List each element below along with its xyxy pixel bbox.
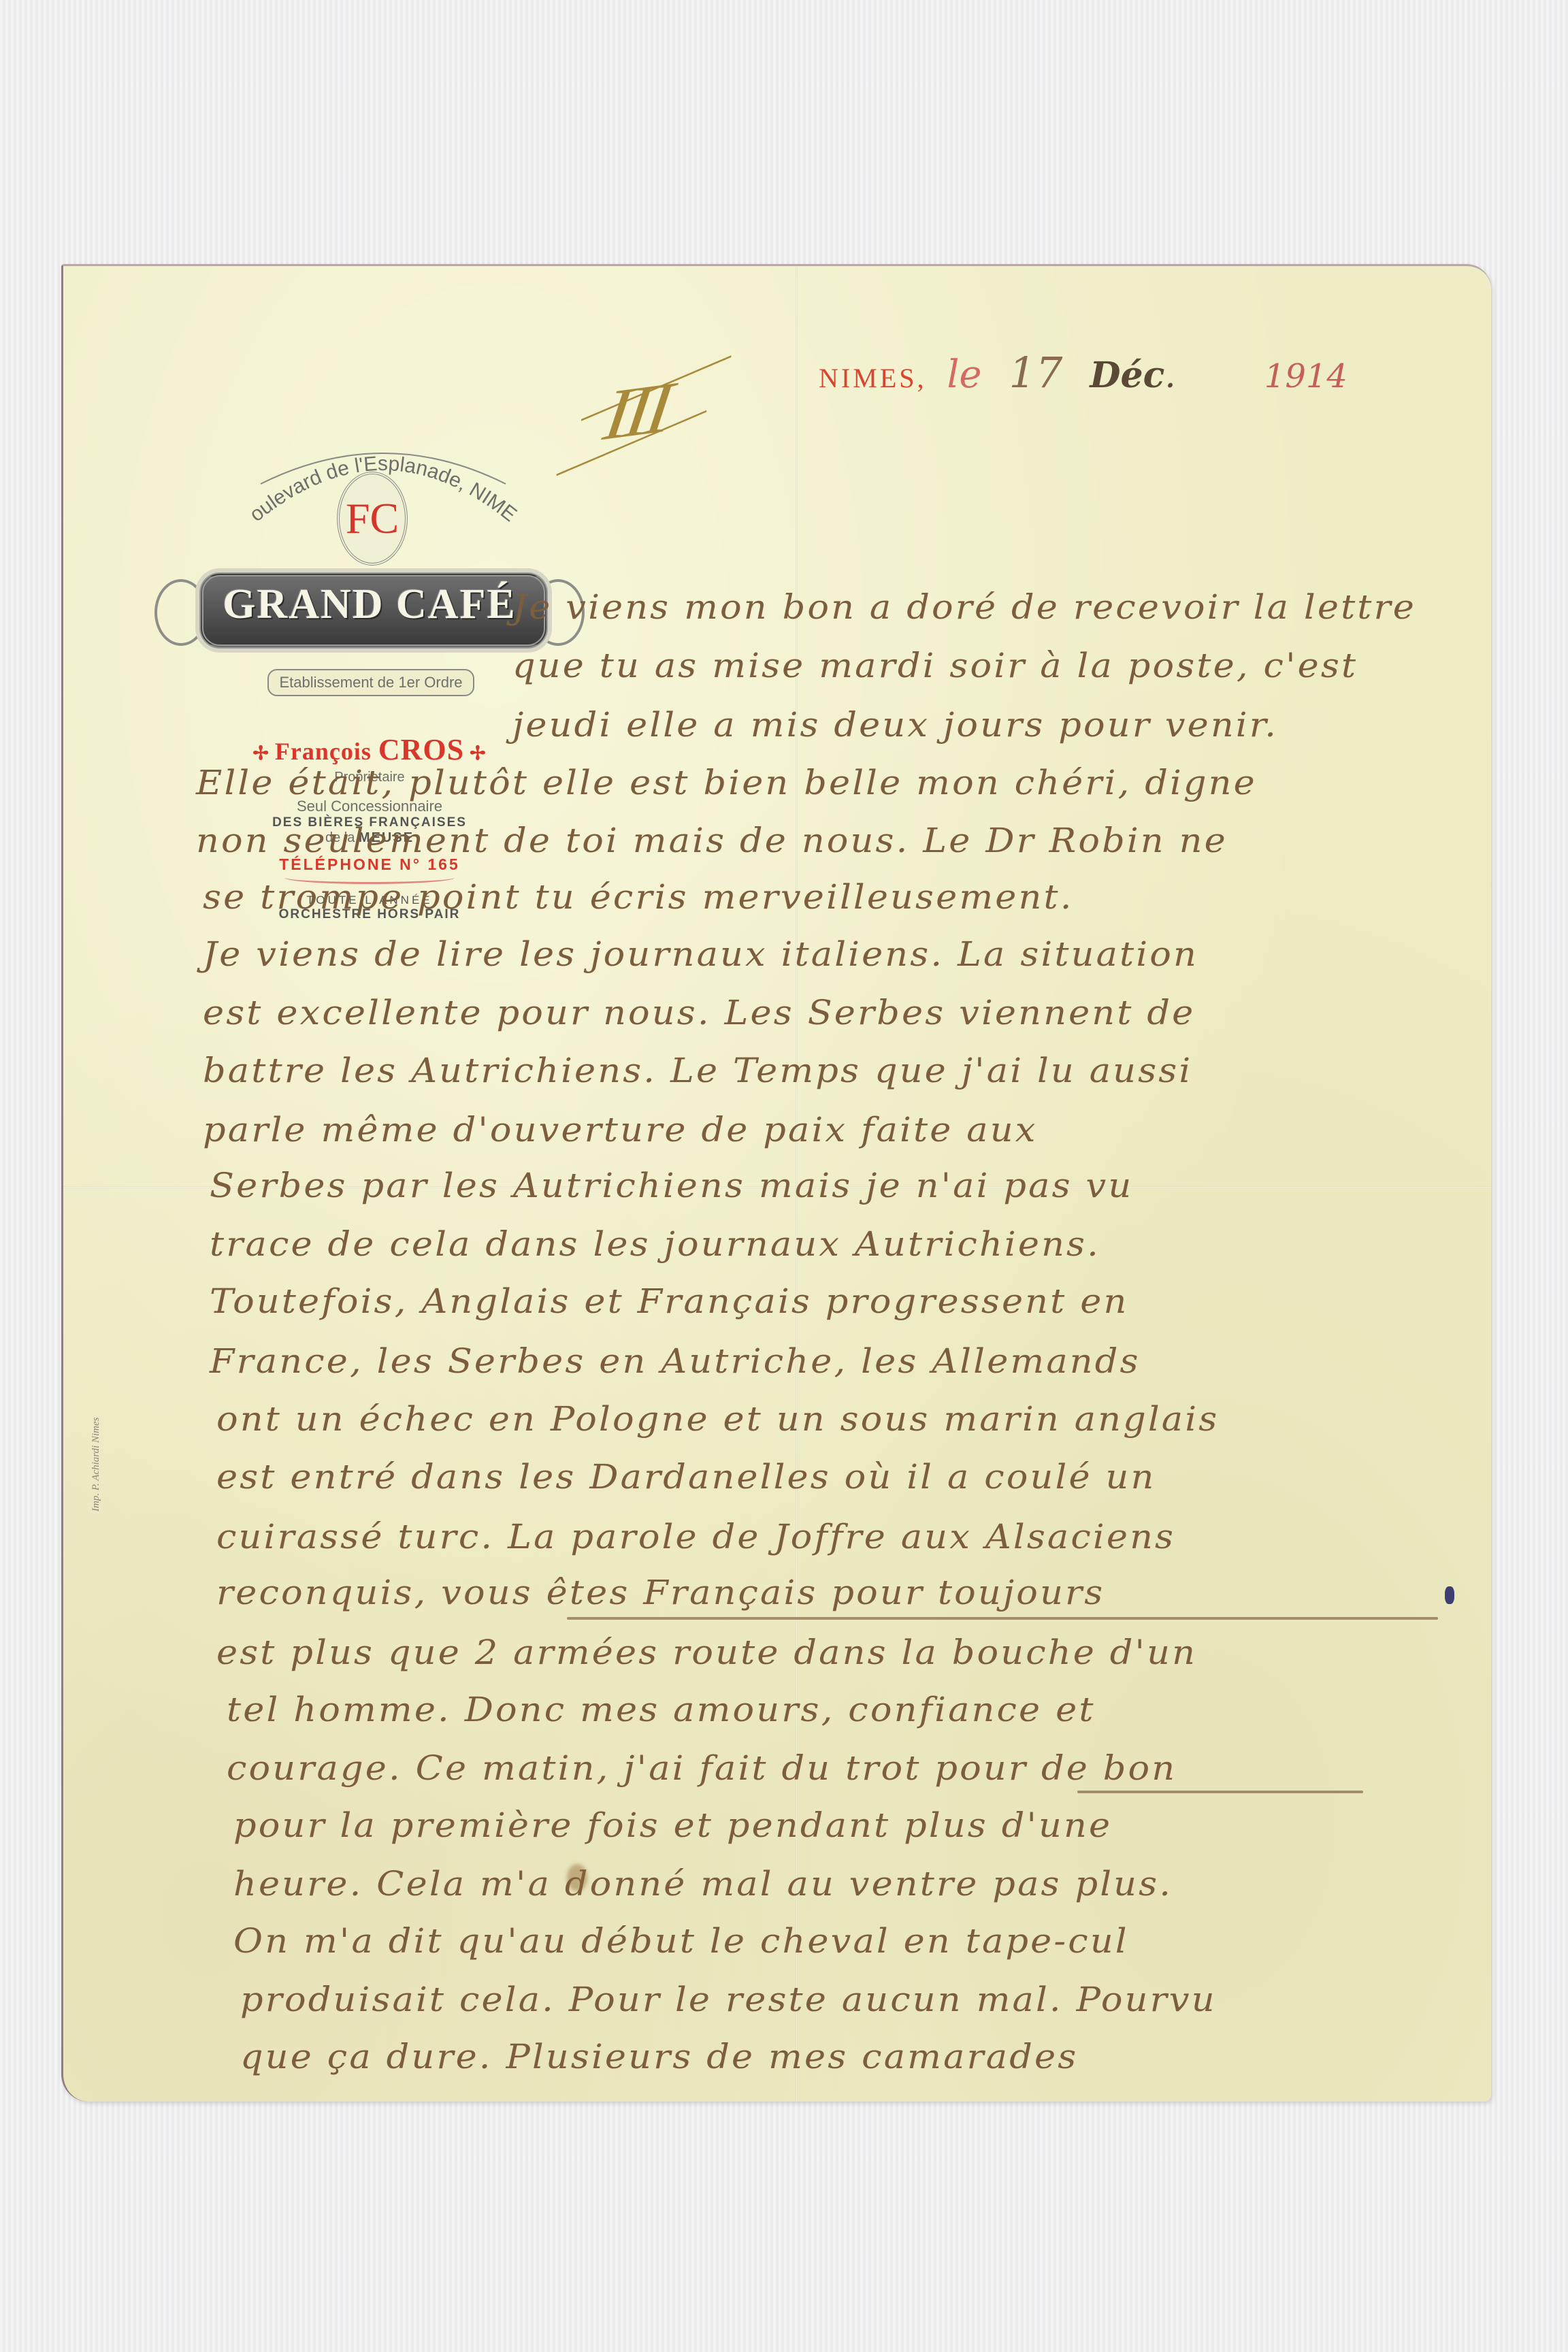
letter-line: est excellente pour nous. Les Serbes vie… [203,993,1195,1032]
letter-line: reconquis, vous êtes Français pour toujo… [216,1573,1105,1612]
letter-line: On m'a dit qu'au début le cheval en tape… [233,1921,1129,1961]
letter-line: heure. Cela m'a donné mal au ventre pas … [233,1864,1173,1904]
letter-line: parle même d'ouverture de paix faite aux [203,1110,1037,1149]
letter-line: courage. Ce matin, j'ai fait du trot pou… [227,1748,1177,1788]
letter-line: cuirassé turc. La parole de Joffre aux A… [216,1517,1175,1556]
letter-line: battre les Autrichiens. Le Temps que j'a… [203,1051,1192,1090]
letter-line: produisait cela. Pour le reste aucun mal… [240,1980,1217,2019]
letter-line: est entré dans les Dardanelles où il a c… [216,1457,1156,1497]
letter-line: France, les Serbes en Autriche, les Alle… [210,1341,1141,1381]
letter-line: Je viens mon bon a doré de recevoir la l… [512,587,1416,627]
letter-line: pour la première fois et pendant plus d'… [233,1806,1112,1845]
letter-line: Serbes par les Autrichiens mais je n'ai … [210,1166,1133,1205]
letter-line: se trompe point tu écris merveilleusemen… [203,877,1074,917]
letter-line: Toutefois, Anglais et Français progresse… [210,1281,1128,1321]
letter-body: Je viens mon bon a doré de recevoir la l… [63,266,1491,2102]
letter-line: ont un échec en Pologne et un sous marin… [216,1399,1219,1439]
letter-line: non seulement de toi mais de nous. Le Dr… [196,821,1228,860]
letter-line: trace de cela dans les journaux Autrichi… [210,1224,1100,1264]
letter-line: que ça dure. Plusieurs de mes camarades [240,2037,1078,2076]
ink-stain [567,1864,587,1891]
letter-sheet: III Boulevard de l'Esplanade, NIMES FC G… [61,264,1491,2102]
letter-line: jeudi elle a mis deux jours pour venir. [512,705,1278,745]
letter-line: que tu as mise mardi soir à la poste, c'… [512,646,1358,685]
underline-stroke [567,1617,1438,1620]
underline-stroke [1077,1791,1363,1793]
letter-line: tel homme. Donc mes amours, confiance et [227,1690,1096,1729]
letter-line: Je viens de lire les journaux italiens. … [203,934,1198,974]
letter-line: est plus que 2 armées route dans la bouc… [216,1633,1197,1672]
ink-blot [1445,1586,1454,1604]
letter-line: Elle était, plutôt elle est bien belle m… [196,763,1257,802]
